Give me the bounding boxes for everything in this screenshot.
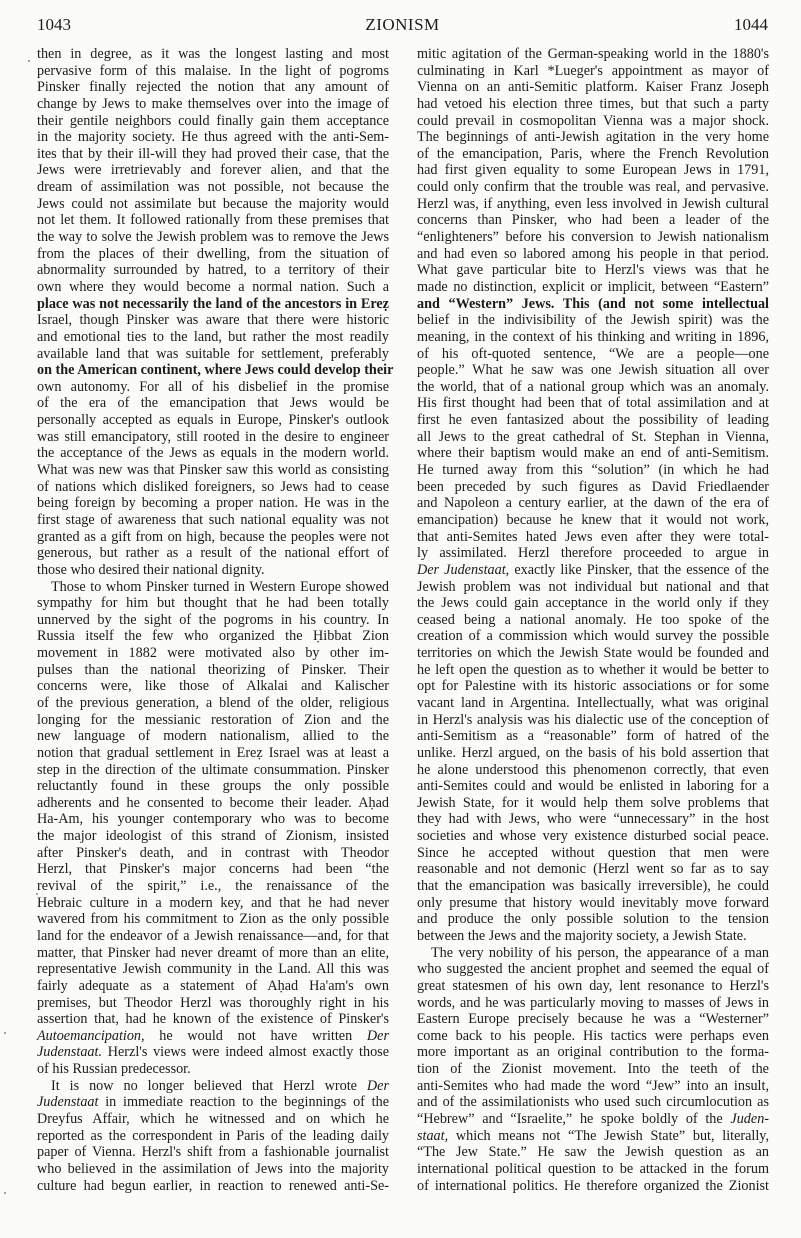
text-line: Jews could not assimilate but because th…	[37, 196, 389, 213]
text-line: the acceptance of the Jews as equals in …	[37, 445, 389, 462]
text-line: had first given equality to some Europea…	[417, 162, 769, 179]
text-line: dream of assimilation was not possible, …	[37, 179, 389, 196]
text-line: culture had begun earlier, in reaction t…	[37, 1178, 389, 1195]
paragraph-start-line: Those to whom Pinsker turned in Western …	[37, 579, 389, 596]
book-title: Juden-	[730, 1111, 769, 1127]
text-line: come back to his people. His tactics wer…	[417, 1028, 769, 1045]
text-line: of nations which disliked foreigners, so…	[37, 479, 389, 496]
text-line: Jewish State, for it would help them sol…	[417, 795, 769, 812]
text-line: “The Jew State.” He saw the Jewish quest…	[417, 1144, 769, 1161]
text-line: who suggested the ancient prophet and se…	[417, 961, 769, 978]
book-title: Der	[367, 1078, 389, 1094]
text-line: after Pinsker's death, and in contrast w…	[37, 845, 389, 862]
text-line: new language of modern nationalism, alli…	[37, 728, 389, 745]
text-line-with-italic: Der Judenstaat, exactly like Pinsker, th…	[417, 562, 769, 579]
text-line: own where they would become a normal nat…	[37, 279, 389, 296]
book-title: Der	[367, 1028, 389, 1044]
text-line: What gave particular bite to Herzl's vie…	[417, 262, 769, 279]
text-line: concerns than Pinsker, who had been a le…	[417, 212, 769, 229]
text-line: ceased being a national anomaly. He too …	[417, 612, 769, 629]
text-line: Hebraic culture in a modern key, and tha…	[37, 895, 389, 912]
scan-speck	[4, 1192, 6, 1194]
text-line: more important as an original contributi…	[417, 1044, 769, 1061]
text-line: in Herzl's analysis was his dialectic us…	[417, 712, 769, 729]
text-line: international political question to be a…	[417, 1161, 769, 1178]
text-line: creation of a commission which would sur…	[417, 628, 769, 645]
text-line: on the American continent, where Jews co…	[37, 362, 389, 379]
text-line: territories on which the Jewish State wo…	[417, 645, 769, 662]
text-line: he left open the question as to whether …	[417, 662, 769, 679]
page-number-right: 1044	[734, 14, 768, 36]
text-line: all Jews to the great cathedral of St. S…	[417, 429, 769, 446]
text-line: the major ideologist of this strand of Z…	[37, 828, 389, 845]
text-line-with-italic: Autoemancipation, he would not have writ…	[37, 1028, 389, 1045]
text-line: where their baptism would make an end of…	[417, 445, 769, 462]
text-line: anti-Semites could and would be enlisted…	[417, 778, 769, 795]
text-line: reluctantly found in these groups the on…	[37, 778, 389, 795]
text-line: being foreign by becoming a proper natio…	[37, 495, 389, 512]
text-line: available land that was suitable for set…	[37, 346, 389, 363]
text-line: Dreyfus Affair, which he witnessed and o…	[37, 1111, 389, 1128]
text-line: granted as a gift from on high, because …	[37, 529, 389, 546]
left-column: then in degree, as it was the longest la…	[37, 46, 389, 1194]
text-line: Jews were irretrievably and forever alie…	[37, 162, 389, 179]
text-line: Eastern Europe precisely because he was …	[417, 1011, 769, 1028]
text-line: the world, that of a national group whic…	[417, 379, 769, 396]
text-line: concerns were, like those of Alkalai and…	[37, 678, 389, 695]
text-line: Israel, though Pinsker was aware that th…	[37, 312, 389, 329]
book-title: Judenstaat	[37, 1094, 98, 1110]
text-line: of the emancipation, Paris, where the Fr…	[417, 146, 769, 163]
text-line: unnerved by the sight of the pogroms in …	[37, 612, 389, 629]
text-line: who believed in the assimilation of Jews…	[37, 1161, 389, 1178]
text-line: could prevail in cosmopolitan Vienna was…	[417, 113, 769, 130]
scan-speck	[36, 893, 38, 895]
text-line-with-italic: Judenstaat. Herzl's views were indeed al…	[37, 1044, 389, 1061]
text-line: Pinsker finally rejected the notion that…	[37, 79, 389, 96]
text-line: mitic agitation of the German-speaking w…	[417, 46, 769, 63]
text-line: abnormality surrounded by hatred, to a t…	[37, 262, 389, 279]
text-line: movement in 1882 were motivated also by …	[37, 645, 389, 662]
text-line: of his Russian predecessor.	[37, 1061, 389, 1078]
text-line: only presume that history would inevitab…	[417, 895, 769, 912]
text-line: premises, but Theodor Herzl was thorough…	[37, 995, 389, 1012]
text-line: ites that by their ill-will they had pro…	[37, 146, 389, 163]
text-line: culminating in Karl *Lueger's appointmen…	[417, 63, 769, 80]
text-line: Since he accepted without question that …	[417, 845, 769, 862]
book-title: Judenstaat.	[37, 1044, 102, 1060]
text-line: Vienna on an anti-Semitic platform. Kais…	[417, 79, 769, 96]
text-line: His first thought had been that of total…	[417, 395, 769, 412]
text-line: of his oft-quoted sentence, “We are a pe…	[417, 346, 769, 363]
scan-speck	[4, 1032, 6, 1034]
text-line: pulses than the national theorizing of P…	[37, 662, 389, 679]
text-line: and had even so labored among his people…	[417, 246, 769, 263]
text-line: they had with Jews, who were “unnecessar…	[417, 811, 769, 828]
text-line: What was new was that Pinsker saw this w…	[37, 462, 389, 479]
text-line: between the Jews and the majority societ…	[417, 928, 769, 945]
running-title: ZIONISM	[37, 14, 768, 36]
text-line: representative Jewish community in the L…	[37, 961, 389, 978]
text-line: sympathy for him but thought that he had…	[37, 595, 389, 612]
book-title: Der Judenstaat,	[417, 562, 509, 578]
text-line: ly assimilated. Herzl therefore proceede…	[417, 545, 769, 562]
book-title: staat,	[417, 1128, 448, 1144]
text-line: revival of the spirit,” i.e., the renais…	[37, 878, 389, 895]
text-line: those who desired their national dignity…	[37, 562, 389, 579]
paragraph-start-line: It is now no longer believed that Herzl …	[37, 1078, 389, 1095]
text-line: adherents and he consented to become the…	[37, 795, 389, 812]
text-line: anti-Semitism as a “reasonable” form of …	[417, 728, 769, 745]
right-column: mitic agitation of the German-speaking w…	[417, 46, 769, 1194]
text-line: then in degree, as it was the longest la…	[37, 46, 389, 63]
text-line: had vetoed his election three times, but…	[417, 96, 769, 113]
text-line: the way to solve the Jewish problem was …	[37, 229, 389, 246]
text-line: emancipation) because he knew that it wo…	[417, 512, 769, 529]
text-line: the Jews could gain acceptance in the wo…	[417, 595, 769, 612]
text-line: change by Jews to make themselves over i…	[37, 96, 389, 113]
text-line: not let them. It followed rationally fro…	[37, 212, 389, 229]
text-line: words, and he was particularly moving to…	[417, 995, 769, 1012]
text-line: societies and whose very existence distu…	[417, 828, 769, 845]
text-line: and produce the only possible solution t…	[417, 911, 769, 928]
text-line: unlike. Herzl argued, on the basis of hi…	[417, 745, 769, 762]
text-line: wavered from his commitment to Zion as t…	[37, 911, 389, 928]
text-line: was still emancipatory, still rooted in …	[37, 429, 389, 446]
text-line: made no distinction, explicit or implici…	[417, 279, 769, 296]
text-line: and of the assimilationists who used suc…	[417, 1094, 769, 1111]
text-line: place was not necessarily the land of th…	[37, 296, 389, 313]
text-line-with-italic: staat, which means not “The Jewish State…	[417, 1128, 769, 1145]
text-line: of the era of the emancipation that Jews…	[37, 395, 389, 412]
text-line: their gentile neighbors could finally ga…	[37, 113, 389, 130]
text-line: and emotional ties to the land, but rath…	[37, 329, 389, 346]
text-line: “enlighteners” before his conversion to …	[417, 229, 769, 246]
text-line: Jewish problem was not individual but na…	[417, 579, 769, 596]
text-line: been preceded by such figures as David F…	[417, 479, 769, 496]
text-line: could only confirm that the trouble was …	[417, 179, 769, 196]
text-line: reasonable and not demonic (Herzl went s…	[417, 861, 769, 878]
text-line: The beginnings of anti-Jewish agitation …	[417, 129, 769, 146]
text-line: reported as the correspondent in Paris o…	[37, 1128, 389, 1145]
text-line: Russia itself the few who organized the …	[37, 628, 389, 645]
text-line: Herzl was, if anything, even less involv…	[417, 196, 769, 213]
text-line: step in the direction of the ultimate co…	[37, 762, 389, 779]
text-line: and Napoleon a century earlier, at the d…	[417, 495, 769, 512]
page-header: 1043 ZIONISM 1044	[37, 14, 768, 36]
text-line: great statesmen of his own day, lent res…	[417, 978, 769, 995]
text-line: meaning, in the context of his thinking …	[417, 329, 769, 346]
text-line: Herzl, that Pinsker's major concerns had…	[37, 861, 389, 878]
text-line: vacant land in Argentina. Intellectually…	[417, 695, 769, 712]
text-line: paper of Vienna. Herzl's shift from a fa…	[37, 1144, 389, 1161]
text-line: anti-Semites who had made the word “Jew”…	[417, 1078, 769, 1095]
text-line: that anti-Semites hated Jews even after …	[417, 529, 769, 546]
text-line: of international politics. He therefore …	[417, 1178, 769, 1195]
text-line: that the emancipation was basically irre…	[417, 878, 769, 895]
text-line-with-italic: Judenstaat in immediate reaction to the …	[37, 1094, 389, 1111]
text-line: own autonomy. For all of his disbelief i…	[37, 379, 389, 396]
encyclopedia-page: 1043 ZIONISM 1044 then in degree, as it …	[0, 0, 801, 1238]
text-line: from the places of their dwelling, from …	[37, 246, 389, 263]
text-line: longing for the messianic restoration of…	[37, 712, 389, 729]
text-line: land for the endeavor of a Jewish renais…	[37, 928, 389, 945]
text-line: generous, but rather as a result of the …	[37, 545, 389, 562]
text-line: he alone understood this phenomenon corr…	[417, 762, 769, 779]
book-title: Autoemancipation,	[37, 1028, 145, 1044]
text-line: personally accepted as equals in Europe,…	[37, 412, 389, 429]
text-line: in the majority society. He thus agreed …	[37, 129, 389, 146]
text-line: first he even fantasized about the possi…	[417, 412, 769, 429]
text-line: opt for Palestine with its historic asso…	[417, 678, 769, 695]
text-line: pervasive form of this malaise. In the l…	[37, 63, 389, 80]
text-line: notion that gradual settlement in Ereẓ I…	[37, 745, 389, 762]
text-line: fairly adequate as a statement of Aḥad H…	[37, 978, 389, 995]
paragraph-start-line: The very nobility of his person, the app…	[417, 945, 769, 962]
text-line: assertion that, had he known of the exis…	[37, 1011, 389, 1028]
text-line: people.” What he saw was one Jewish situ…	[417, 362, 769, 379]
text-line: tion of the Zionist movement. Into the t…	[417, 1061, 769, 1078]
text-line: belief in the indivisibility of the Jewi…	[417, 312, 769, 329]
text-line: and “Western” Jews. This (and not some i…	[417, 296, 769, 313]
text-line: first stage of awareness that such natio…	[37, 512, 389, 529]
text-line: He turned away from this “solution” (in …	[417, 462, 769, 479]
scan-speck	[28, 60, 30, 62]
text-line-with-italic: “Hebrew” and “Israelite,” he spoke boldl…	[417, 1111, 769, 1128]
text-line: of the previous generation, a blend of t…	[37, 695, 389, 712]
text-line: matter, that Pinsker had never dreamt of…	[37, 945, 389, 962]
text-line: Ha-Am, his younger contemporary who was …	[37, 811, 389, 828]
